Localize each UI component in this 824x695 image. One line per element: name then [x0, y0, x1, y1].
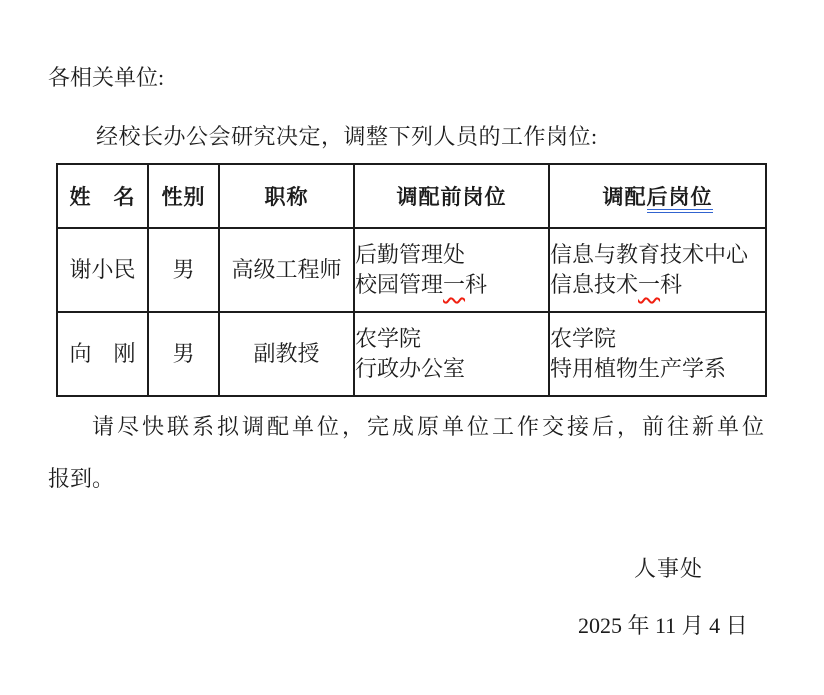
text-segment: 男 — [172, 257, 194, 282]
table-cell: 谢小民 — [57, 228, 148, 312]
cell-line: 农学院 — [550, 324, 765, 354]
text-segment: 科 — [465, 272, 487, 297]
text-segment: 高级工程师 — [231, 257, 341, 282]
text-segment: 性别 — [162, 185, 206, 209]
cell-line: 男 — [149, 339, 218, 369]
spelling-marked-text: 一 — [638, 272, 660, 297]
table-cell: 农学院特用植物生产学系 — [549, 312, 766, 396]
document-page: 各相关单位: 经校长办公会研究决定，调整下列人员的工作岗位: 姓 名性别职称调配… — [0, 0, 824, 695]
table-cell: 向 刚 — [57, 312, 148, 396]
grammar-marked-text: 后岗位 — [647, 185, 713, 213]
cell-line: 农学院 — [355, 324, 548, 354]
cell-line: 副教授 — [220, 339, 353, 369]
text-segment: 向 刚 — [69, 341, 135, 366]
personnel-transfer-table: 姓 名性别职称调配前岗位调配后岗位 谢小民男高级工程师后勤管理处校园管理一科信息… — [56, 163, 767, 397]
document-date: 2025 年 11 月 4 日 — [578, 609, 748, 640]
column-header: 职称 — [219, 164, 354, 228]
text-segment: 校园管理 — [355, 272, 443, 297]
table-row: 向 刚男副教授农学院行政办公室农学院特用植物生产学系 — [57, 312, 766, 396]
table-cell: 农学院行政办公室 — [354, 312, 549, 396]
cell-line: 信息与教育技术中心 — [550, 240, 765, 270]
spelling-marked-text: 一 — [443, 272, 465, 297]
table-header-row: 姓 名性别职称调配前岗位调配后岗位 — [57, 164, 766, 228]
table-row: 谢小民男高级工程师后勤管理处校园管理一科信息与教育技术中心信息技术一科 — [57, 228, 766, 312]
text-segment: 谢小民 — [69, 257, 135, 282]
cell-line: 校园管理一科 — [355, 270, 548, 300]
cell-line: 谢小民 — [58, 255, 147, 285]
column-header: 性别 — [148, 164, 219, 228]
cell-line: 向 刚 — [58, 339, 147, 369]
closing-paragraph-line2: 报到。 — [48, 462, 114, 493]
table-cell: 后勤管理处校园管理一科 — [354, 228, 549, 312]
cell-line: 信息技术一科 — [550, 270, 765, 300]
cell-line: 男 — [149, 255, 218, 285]
text-segment: 姓 名 — [70, 185, 136, 209]
table-cell: 高级工程师 — [219, 228, 354, 312]
table-cell: 男 — [148, 312, 219, 396]
cell-line: 高级工程师 — [220, 255, 353, 285]
text-segment: 后勤管理处 — [355, 242, 465, 267]
intro-paragraph: 经校长办公会研究决定，调整下列人员的工作岗位: — [96, 120, 598, 151]
column-header: 姓 名 — [57, 164, 148, 228]
text-segment: 行政办公室 — [355, 356, 465, 381]
closing-paragraph-line1: 请尽快联系拟调配单位，完成原单位工作交接后，前往新单位 — [92, 410, 767, 441]
text-segment: 农学院 — [355, 326, 421, 351]
salutation: 各相关单位: — [48, 61, 164, 92]
cell-line: 后勤管理处 — [355, 240, 548, 270]
cell-line: 特用植物生产学系 — [550, 354, 765, 384]
text-segment: 副教授 — [253, 341, 319, 366]
signature-department: 人事处 — [634, 552, 703, 583]
text-segment: 农学院 — [550, 326, 616, 351]
text-segment: 调配 — [603, 185, 647, 209]
text-segment: 调配前岗位 — [397, 185, 507, 209]
text-segment: 男 — [172, 341, 194, 366]
column-header: 调配后岗位 — [549, 164, 766, 228]
column-header: 调配前岗位 — [354, 164, 549, 228]
text-segment: 信息技术 — [550, 272, 638, 297]
cell-line: 行政办公室 — [355, 354, 548, 384]
text-segment: 特用植物生产学系 — [550, 356, 726, 381]
table-cell: 副教授 — [219, 312, 354, 396]
text-segment: 职称 — [265, 185, 309, 209]
text-segment: 信息与教育技术中心 — [550, 242, 748, 267]
text-segment: 科 — [660, 272, 682, 297]
table-cell: 信息与教育技术中心信息技术一科 — [549, 228, 766, 312]
table-cell: 男 — [148, 228, 219, 312]
